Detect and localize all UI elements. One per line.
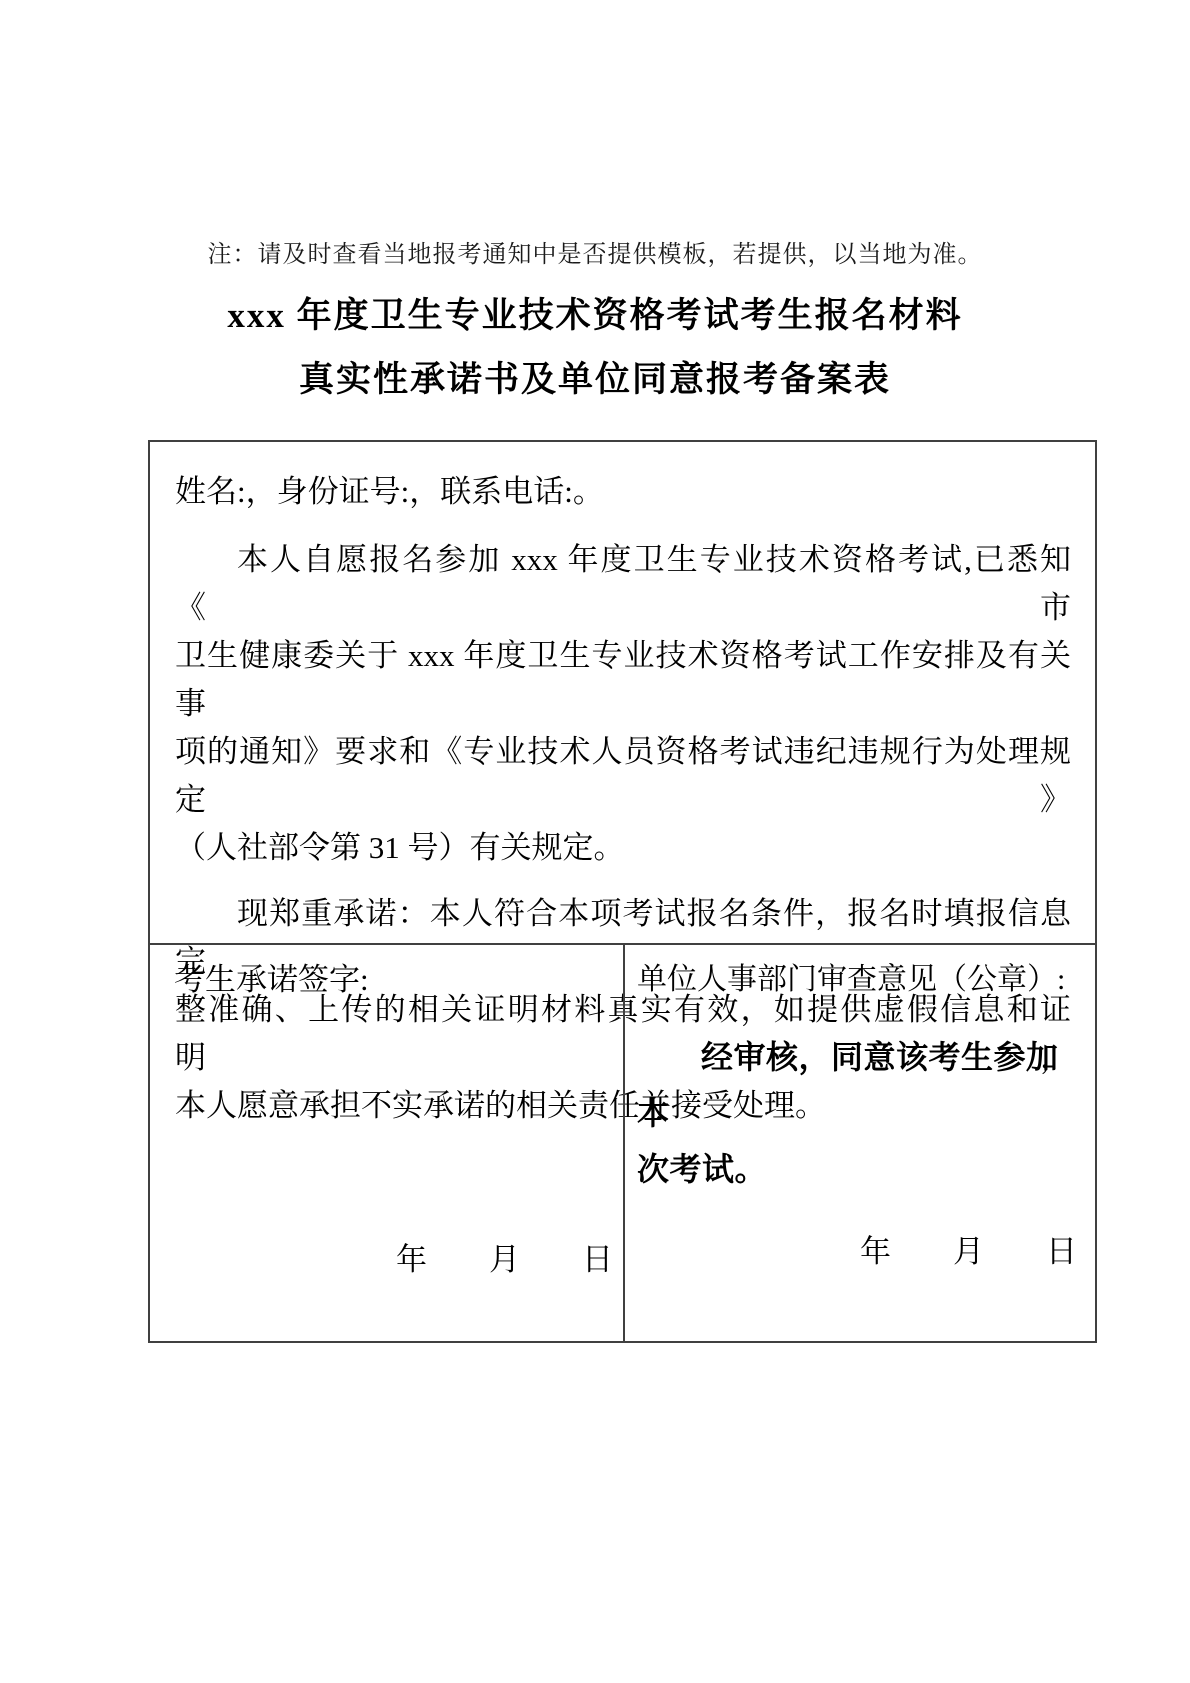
candidate-signature-cell: 考生承诺签字: 年 月 日: [150, 945, 625, 1341]
registration-form-table: 姓名:，身份证号:，联系电话:。 本人自愿报名参加 xxx 年度卫生专业技术资格…: [148, 440, 1097, 1343]
review-date-line: 年 月 日: [860, 1229, 1077, 1275]
identity-line: 姓名:，身份证号:，联系电话:。: [175, 468, 1071, 516]
paragraph1-line1: 本人自愿报名参加 xxx 年度卫生专业技术资格考试,已悉知《市: [175, 536, 1071, 632]
employer-review-cell: 单位人事部门审查意见（公章）: 经审核，同意该考生参加本 次考试。 年 月 日: [625, 945, 1095, 1341]
template-note: 注：请及时查看当地报考通知中是否提供模板，若提供，以当地为准。: [0, 234, 1190, 269]
paragraph1-line3: 项的通知》要求和《专业技术人员资格考试违纪违规行为处理规定》: [175, 728, 1071, 824]
document-page: 注：请及时查看当地报考通知中是否提供模板，若提供，以当地为准。 xxx 年度卫生…: [0, 0, 1190, 1683]
review-label: 单位人事部门审查意见（公章）:: [637, 957, 1085, 1003]
document-title-line2: 真实性承诺书及单位同意报考备案表: [0, 352, 1190, 402]
paragraph1-line2: 卫生健康委关于 xxx 年度卫生专业技术资格考试工作安排及有关事: [175, 632, 1071, 728]
paragraph1-line4: （人社部令第 31 号）有关规定。: [175, 824, 1071, 872]
commitment-paragraph-1: 本人自愿报名参加 xxx 年度卫生专业技术资格考试,已悉知《市 卫生健康委关于 …: [175, 536, 1071, 872]
document-title-line1: xxx 年度卫生专业技术资格考试考生报名材料: [0, 288, 1190, 338]
review-statement-line1: 经审核，同意该考生参加本: [637, 1029, 1085, 1141]
signature-date-line: 年 月 日: [396, 1237, 613, 1283]
commitment-cell: 姓名:，身份证号:，联系电话:。 本人自愿报名参加 xxx 年度卫生专业技术资格…: [150, 442, 1095, 945]
review-statement-line2: 次考试。: [637, 1141, 1085, 1197]
review-statement: 经审核，同意该考生参加本 次考试。: [637, 1029, 1085, 1197]
signature-label: 考生承诺签字:: [174, 957, 611, 1003]
